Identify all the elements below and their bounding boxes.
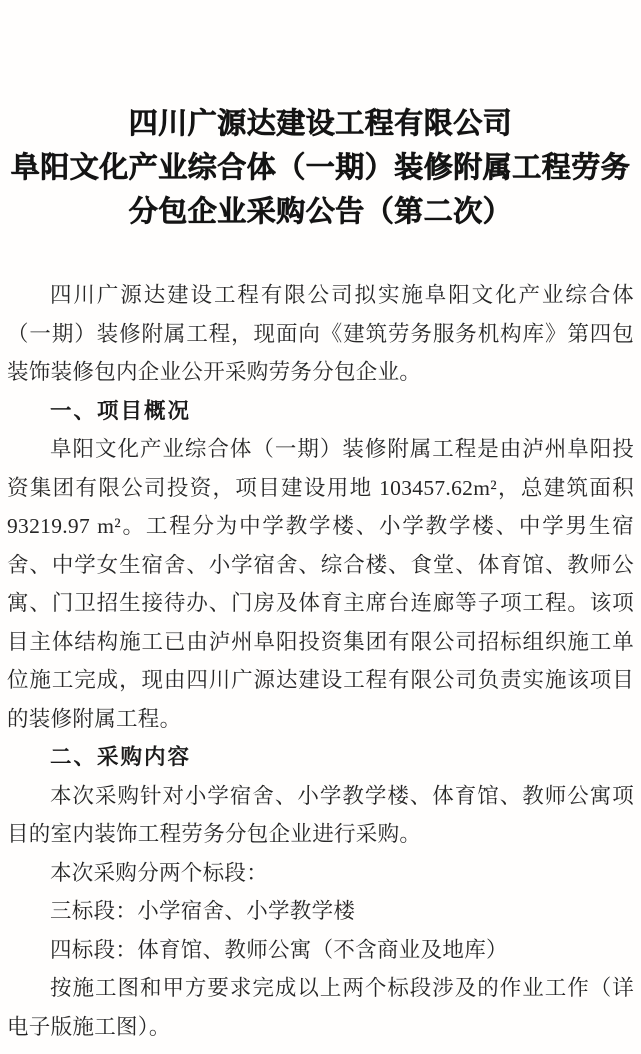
section-heading: 一、项目概况 bbox=[7, 392, 634, 431]
section-heading: 二、采购内容 bbox=[7, 738, 634, 777]
title-line-2: 阜阳文化产业综合体（一期）装修附属工程劳务 bbox=[5, 146, 636, 190]
paragraph: 四川广源达建设工程有限公司拟实施阜阳文化产业综合体（一期）装修附属工程，现面向《… bbox=[7, 276, 634, 392]
title-line-3: 分包企业采购公告（第二次） bbox=[5, 190, 636, 234]
paragraph: 三标段：小学宿舍、小学教学楼 bbox=[7, 892, 634, 931]
document-title: 四川广源达建设工程有限公司 阜阳文化产业综合体（一期）装修附属工程劳务 分包企业… bbox=[5, 102, 636, 234]
paragraph: 本次采购分两个标段： bbox=[7, 854, 634, 893]
title-line-1: 四川广源达建设工程有限公司 bbox=[5, 102, 636, 146]
paragraph: 四标段：体育馆、教师公寓（不含商业及地库） bbox=[7, 931, 634, 970]
paragraph: 阜阳文化产业综合体（一期）装修附属工程是由泸州阜阳投资集团有限公司投资，项目建设… bbox=[7, 430, 634, 738]
document-body: 四川广源达建设工程有限公司拟实施阜阳文化产业综合体（一期）装修附属工程，现面向《… bbox=[7, 276, 634, 1046]
document-page: 四川广源达建设工程有限公司 阜阳文化产业综合体（一期）装修附属工程劳务 分包企业… bbox=[0, 0, 641, 1054]
paragraph: 本次采购针对小学宿舍、小学教学楼、体育馆、教师公寓项目的室内装饰工程劳务分包企业… bbox=[7, 777, 634, 854]
paragraph: 按施工图和甲方要求完成以上两个标段涉及的作业工作（详电子版施工图）。 bbox=[7, 969, 634, 1046]
